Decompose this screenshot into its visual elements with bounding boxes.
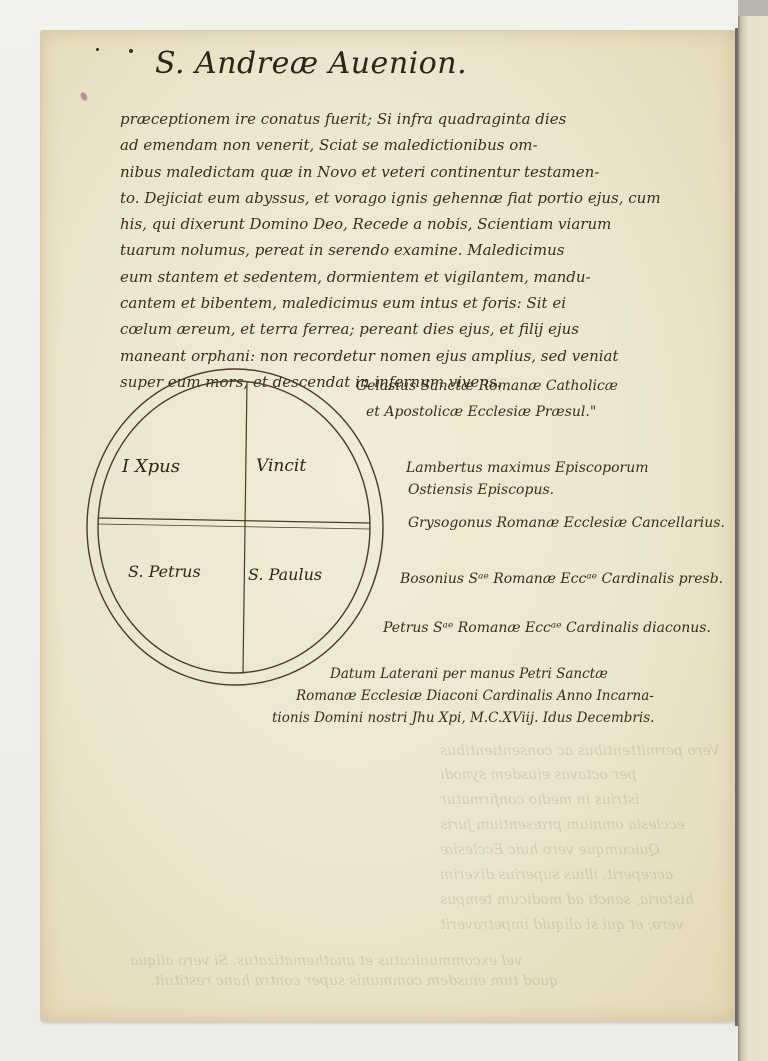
signature-line: Bosonius Sᵃᵉ Romanæ Eccᵃᵉ Cardinalis pre… [400,569,723,589]
facing-page-edge [738,16,768,1061]
anathema-text-block: præceptionem ire conatus fuerit; Si infr… [120,106,720,395]
papal-rota-seal: I Xpus Vincit S. Petrus S. Paulus [84,366,386,688]
text-line: eum stantem et sedentem, dormientem et v… [120,264,720,290]
page-heading: S. Andreæ Auenion. [155,46,467,81]
bleed-line: Vero permittentibus ac consentientibus [440,743,720,759]
text-line: cœlum æreum, et terra ferrea; pereant di… [120,316,720,342]
signature-line: Lambertus maximus Episcoporum [406,458,649,478]
bleed-line: ecclesia omnium præsentium juris [440,817,685,833]
binding-gutter [735,28,738,1026]
text-line: præceptionem ire conatus fuerit; Si infr… [120,106,720,132]
bleed-line: acceperit, illius superius dixerim [440,867,673,883]
text-line: to. Dejiciat eum abyssus, et vorago igni… [120,185,720,211]
bleed-line: vel excommunicatus et anathematizatus. S… [130,953,522,969]
stain-mark [79,91,89,102]
ink-dot [129,49,133,53]
text-line: his, qui dixerunt Domino Deo, Recede a n… [120,211,720,237]
bleed-line: historia, sancti ad modicum tempus [440,892,694,908]
bleed-line: per octavas eiusdem synodi [440,767,636,783]
seal-quadrant-label: I Xpus [122,456,180,477]
bleed-line: istrius in medio confirmatur [440,792,639,808]
rota-circles-icon [84,366,386,688]
bleed-line: Quicumque vero huic Ecclesiæ [440,842,660,858]
text-line: tuarum nolumus, pereat in serendo examin… [120,237,720,263]
seal-quadrant-label: S. Paulus [248,565,322,584]
signature-line: Ostiensis Episcopus. [408,480,554,500]
bleed-line: vero; et qui si aliquid impetraverit [440,917,684,933]
dating-line: Romanæ Ecclesiæ Diaconi Cardinalis Anno … [296,686,654,707]
signature-line: Petrus Sᵃᵉ Romanæ Eccᵃᵉ Cardinalis diaco… [383,618,711,638]
seal-quadrant-label: S. Petrus [128,562,201,581]
signature-line: Gelasius Sanctæ Romanæ Catholicæ [356,376,618,396]
signature-line: et Apostolicæ Ecclesiæ Præsul." [366,402,596,422]
bleed-line: quod tum eiusdem communis super contra h… [150,973,558,989]
text-line: ad emendam non venerit, Sciat se maledic… [120,132,720,158]
text-line: cantem et bibentem, maledicimus eum intu… [120,290,720,316]
seal-quadrant-label: Vincit [256,456,306,476]
dating-line: tionis Domini nostri Jhu Xpi, M.C.XViij.… [272,708,654,729]
dating-line: Datum Laterani per manus Petri Sanctæ [330,664,608,685]
ink-dot [96,48,99,51]
signature-line: Grysogonus Romanæ Ecclesiæ Cancellarius. [408,513,725,533]
text-line: nibus maledictam quæ in Novo et veteri c… [120,159,720,185]
